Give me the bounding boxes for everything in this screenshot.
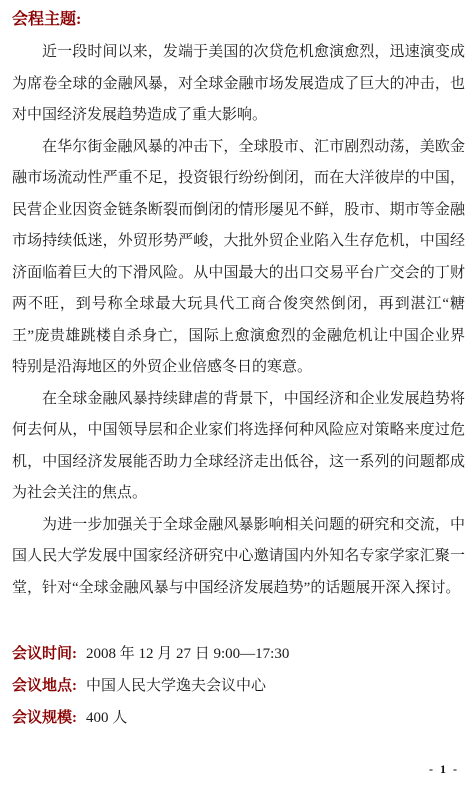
meeting-scale-label: 会议规模:	[12, 710, 77, 726]
meeting-location-value: 中国人民大学逸夫会议中心	[86, 678, 266, 694]
meeting-time-label: 会议时间:	[12, 646, 77, 662]
document-page: 会程主题: 近一段时间以来，发端于美国的次贷危机愈演愈烈，迅速演变成为席卷全球的…	[0, 0, 475, 787]
meeting-scale-value: 400 人	[86, 710, 127, 726]
meeting-time-value: 2008 年 12 月 27 日 9:00—17:30	[86, 646, 289, 662]
page-number: - 1 -	[429, 762, 459, 777]
meeting-location-row: 会议地点:中国人民大学逸夫会议中心	[12, 670, 465, 702]
paragraph-wall-street-impact: 在华尔街金融风暴的冲击下，全球股市、汇市剧烈动荡，美欧金融市场流动性严重不足，投…	[12, 132, 465, 384]
document-title: 会程主题:	[12, 8, 465, 32]
meeting-location-label: 会议地点:	[12, 678, 77, 694]
meeting-info: 会议时间:2008 年 12 月 27 日 9:00—17:30 会议地点:中国…	[12, 638, 465, 734]
paragraph-intro-crisis: 近一段时间以来，发端于美国的次贷危机愈演愈烈，迅速演变成为席卷全球的金融风暴，对…	[12, 37, 465, 132]
meeting-scale-row: 会议规模:400 人	[12, 702, 465, 734]
paragraph-china-outlook-questions: 在全球金融风暴持续肆虐的背景下，中国经济和企业发展趋势将何去何从，中国领导层和企…	[12, 384, 465, 510]
paragraph-conference-purpose: 为进一步加强关于全球金融风暴影响相关问题的研究和交流，中国人民大学发展中国家经济…	[12, 510, 465, 605]
meeting-time-row: 会议时间:2008 年 12 月 27 日 9:00—17:30	[12, 638, 465, 670]
